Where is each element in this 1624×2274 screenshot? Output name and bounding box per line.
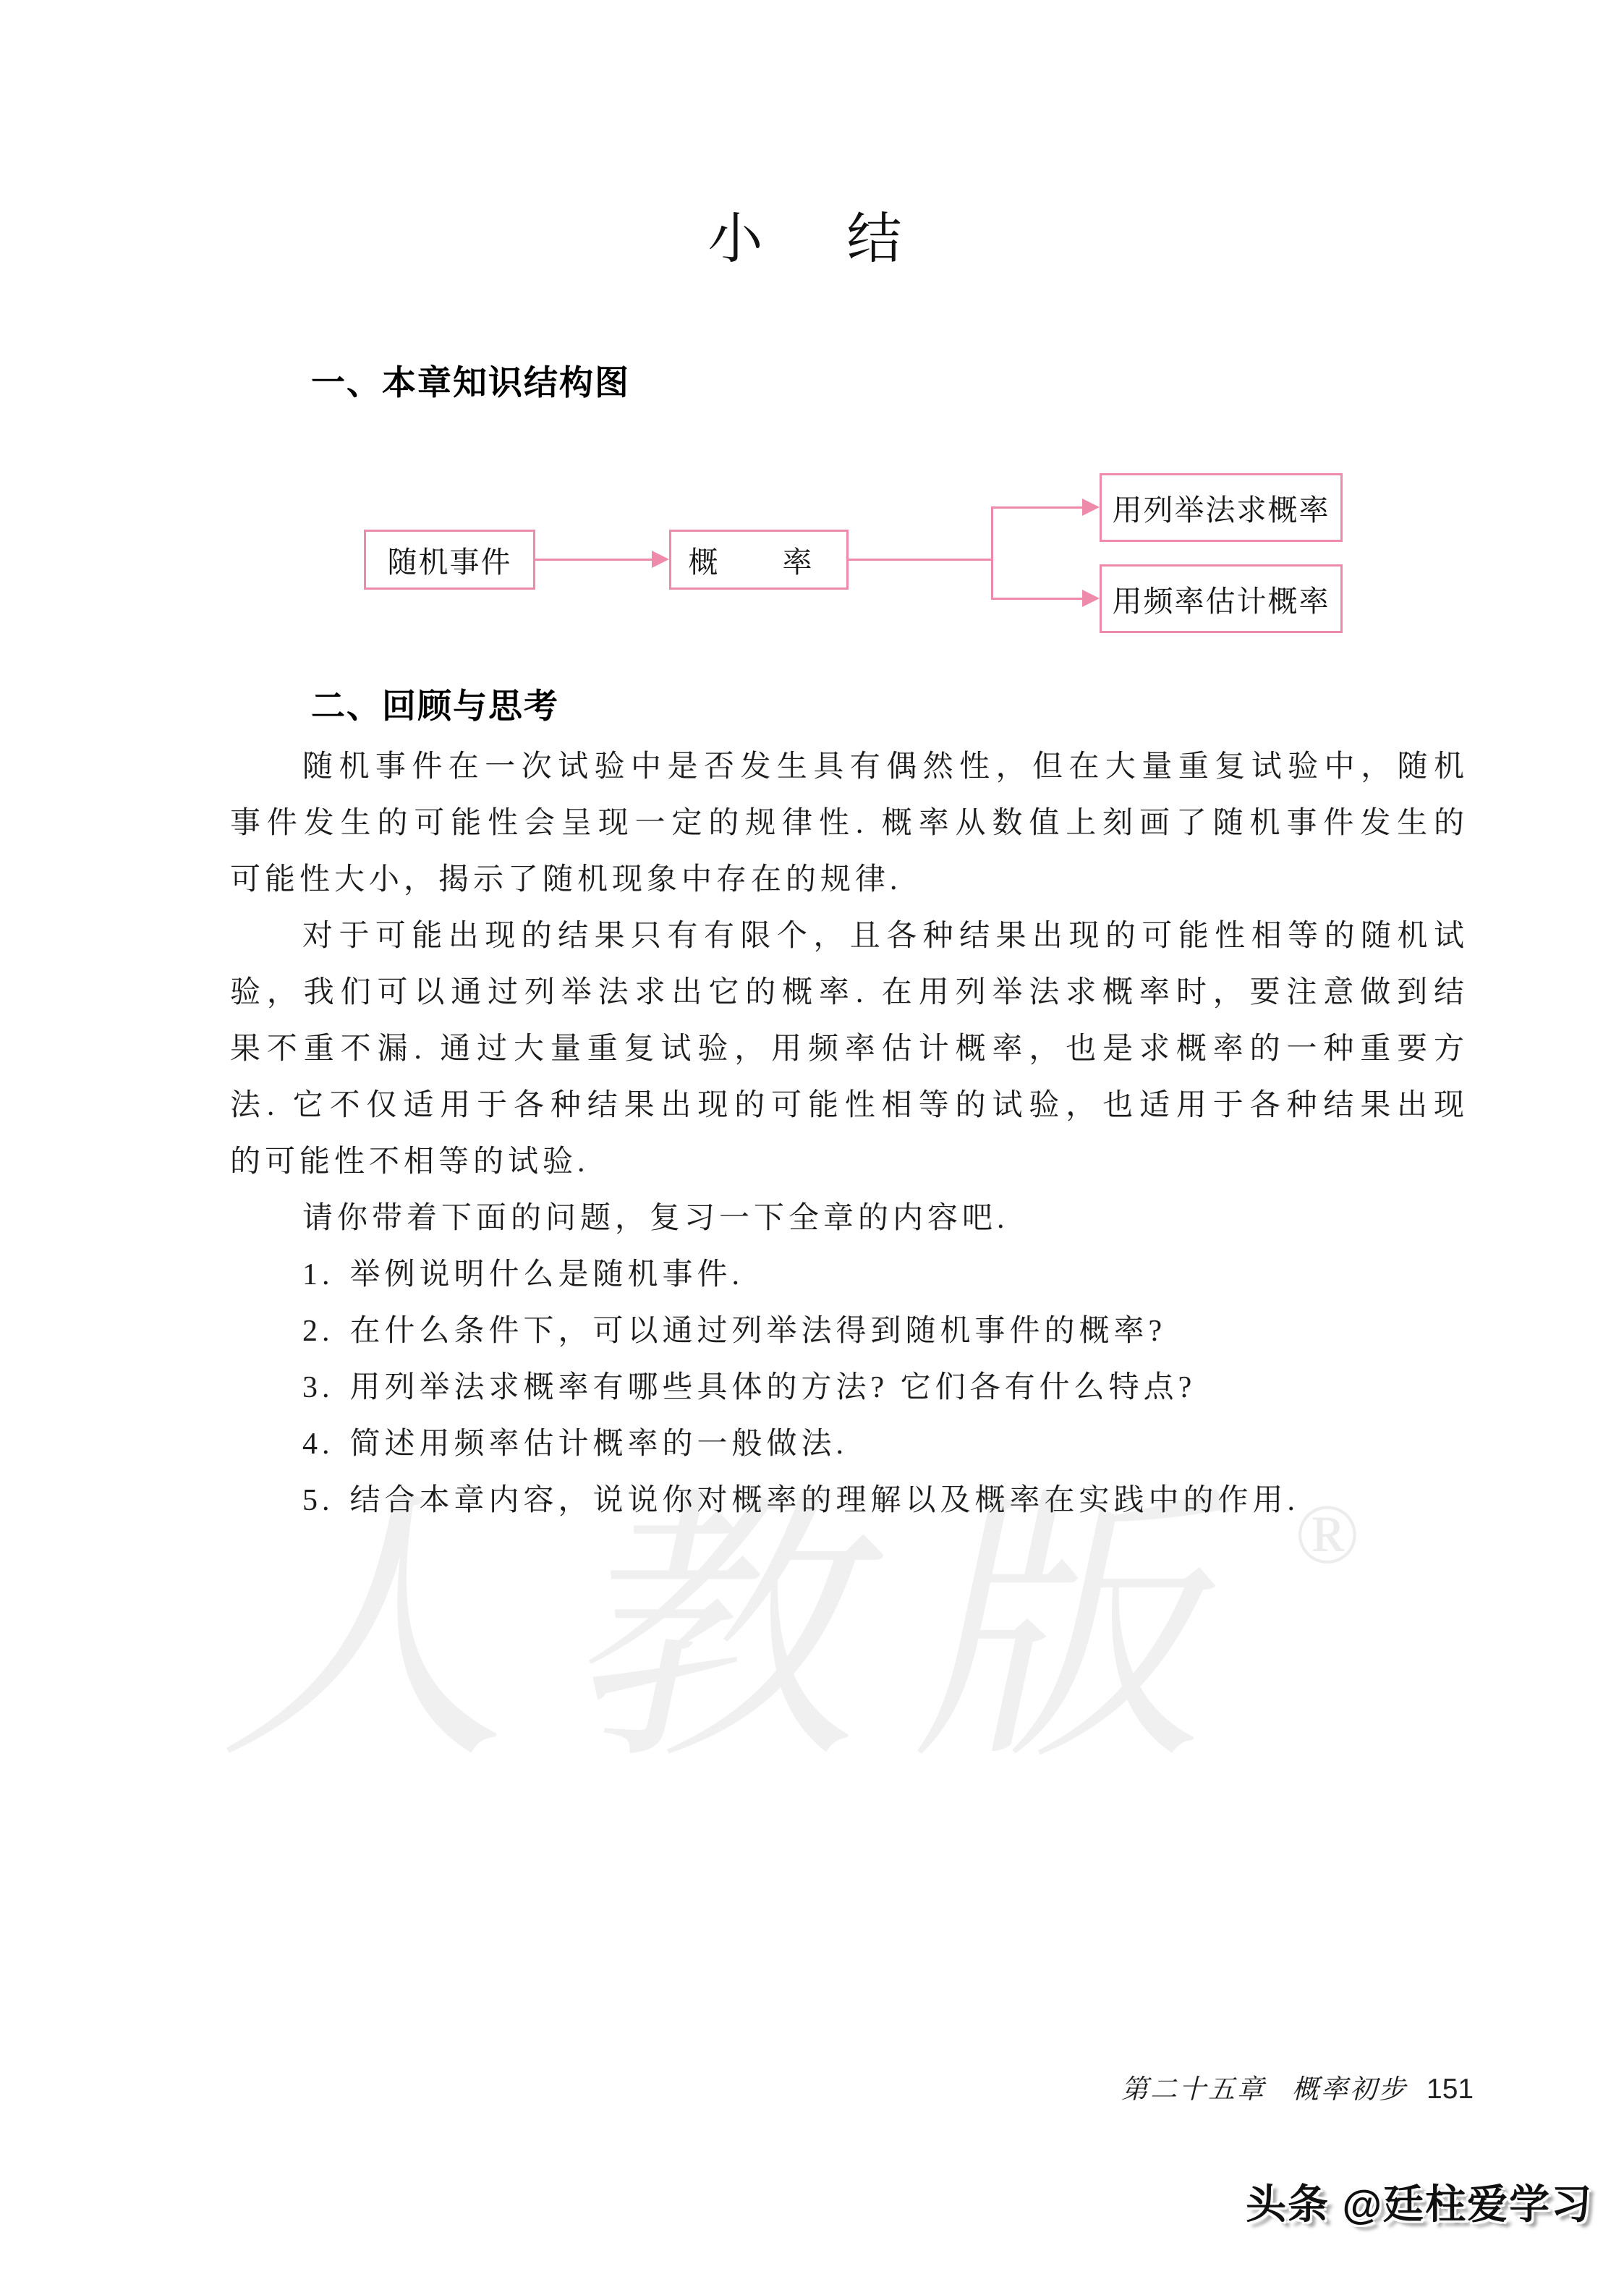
question-item-1: 1.举例说明什么是随机事件.: [230, 1247, 1468, 1303]
flow-node-random-event: 随机事件: [364, 530, 535, 590]
question-text: 在什么条件下，可以通过列举法得到随机事件的概率?: [350, 1315, 1167, 1348]
publisher-watermark: 人教版: [208, 1489, 1311, 1778]
flow-arrowhead-icon: [1082, 499, 1100, 516]
footer-section: 概率初步: [1292, 2074, 1408, 2106]
flow-branch-line: [991, 506, 993, 600]
question-text: 用列举法求概率有哪些具体的方法? 它们各有什么特点?: [350, 1371, 1196, 1404]
knowledge-structure-diagram: 随机事件 概 率 用列举法求概率 用频率估计概率: [0, 0, 1624, 724]
flow-arrowhead-icon: [1082, 590, 1100, 607]
paragraph2-line1: 对于可能出现的结果只有有限个，且各种结果出现的可能性相等的随机试: [230, 908, 1468, 964]
question-number: 5.: [302, 1484, 334, 1517]
paragraph1-line1: 随机事件在一次试验中是否发生具有偶然性，但在大量重复试验中，随机: [230, 739, 1468, 795]
textbook-page: 人教版 ® 小 结 一、本章知识结构图 随机事件 概 率 用列举法求概率 用频率…: [0, 0, 1624, 2274]
question-item-5: 5.结合本章内容，说说你对概率的理解以及概率在实践中的作用.: [230, 1472, 1468, 1529]
question-number: 1.: [302, 1258, 334, 1291]
review-prompt: 请你带着下面的问题，复习一下全章的内容吧.: [230, 1190, 1468, 1247]
question-number: 4.: [302, 1427, 334, 1461]
paragraph2-line5: 的可能性不相等的试验.: [230, 1134, 1468, 1190]
paragraph1-line3: 可能性大小，揭示了随机现象中存在的规律.: [230, 852, 1468, 908]
paragraph2-line3: 果不重不漏. 通过大量重复试验，用频率估计概率，也是求概率的一种重要方: [230, 1021, 1468, 1077]
footer-chapter: 第二十五章: [1121, 2074, 1266, 2106]
flow-node-probability: 概 率: [669, 530, 849, 590]
flow-branch-line-bottom: [991, 598, 1084, 600]
footer-page-number: 151: [1427, 2074, 1474, 2105]
uploader-credit: 头条 @廷柱爱学习: [1246, 2182, 1593, 2227]
flow-connector-line: [849, 559, 992, 561]
question-text: 结合本章内容，说说你对概率的理解以及概率在实践中的作用.: [350, 1484, 1300, 1517]
question-number: 3.: [302, 1371, 334, 1404]
question-text: 简述用频率估计概率的一般做法.: [350, 1427, 849, 1461]
flow-branch-line-top: [991, 506, 1084, 509]
question-item-3: 3.用列举法求概率有哪些具体的方法? 它们各有什么特点?: [230, 1359, 1468, 1416]
flow-node-frequency-estimate: 用频率估计概率: [1100, 564, 1343, 633]
flow-connector-line: [535, 559, 653, 561]
section-heading-review: 二、回顾与思考: [311, 689, 559, 723]
review-body: 随机事件在一次试验中是否发生具有偶然性，但在大量重复试验中，随机 事件发生的可能…: [230, 739, 1468, 1529]
flow-node-enumeration-method: 用列举法求概率: [1100, 473, 1343, 542]
question-item-4: 4.简述用频率估计概率的一般做法.: [230, 1416, 1468, 1472]
paragraph2-line2: 验，我们可以通过列举法求出它的概率. 在用列举法求概率时，要注意做到结: [230, 964, 1468, 1021]
question-text: 举例说明什么是随机事件.: [350, 1258, 744, 1291]
question-number: 2.: [302, 1315, 334, 1348]
page-footer: 第二十五章 概率初步 151: [1121, 2074, 1474, 2106]
question-item-2: 2.在什么条件下，可以通过列举法得到随机事件的概率?: [230, 1303, 1468, 1359]
paragraph1-line2: 事件发生的可能性会呈现一定的规律性. 概率从数值上刻画了随机事件发生的: [230, 795, 1468, 852]
flow-arrowhead-icon: [652, 551, 669, 568]
paragraph2-line4: 法. 它不仅适用于各种结果出现的可能性相等的试验，也适用于各种结果出现: [230, 1077, 1468, 1134]
